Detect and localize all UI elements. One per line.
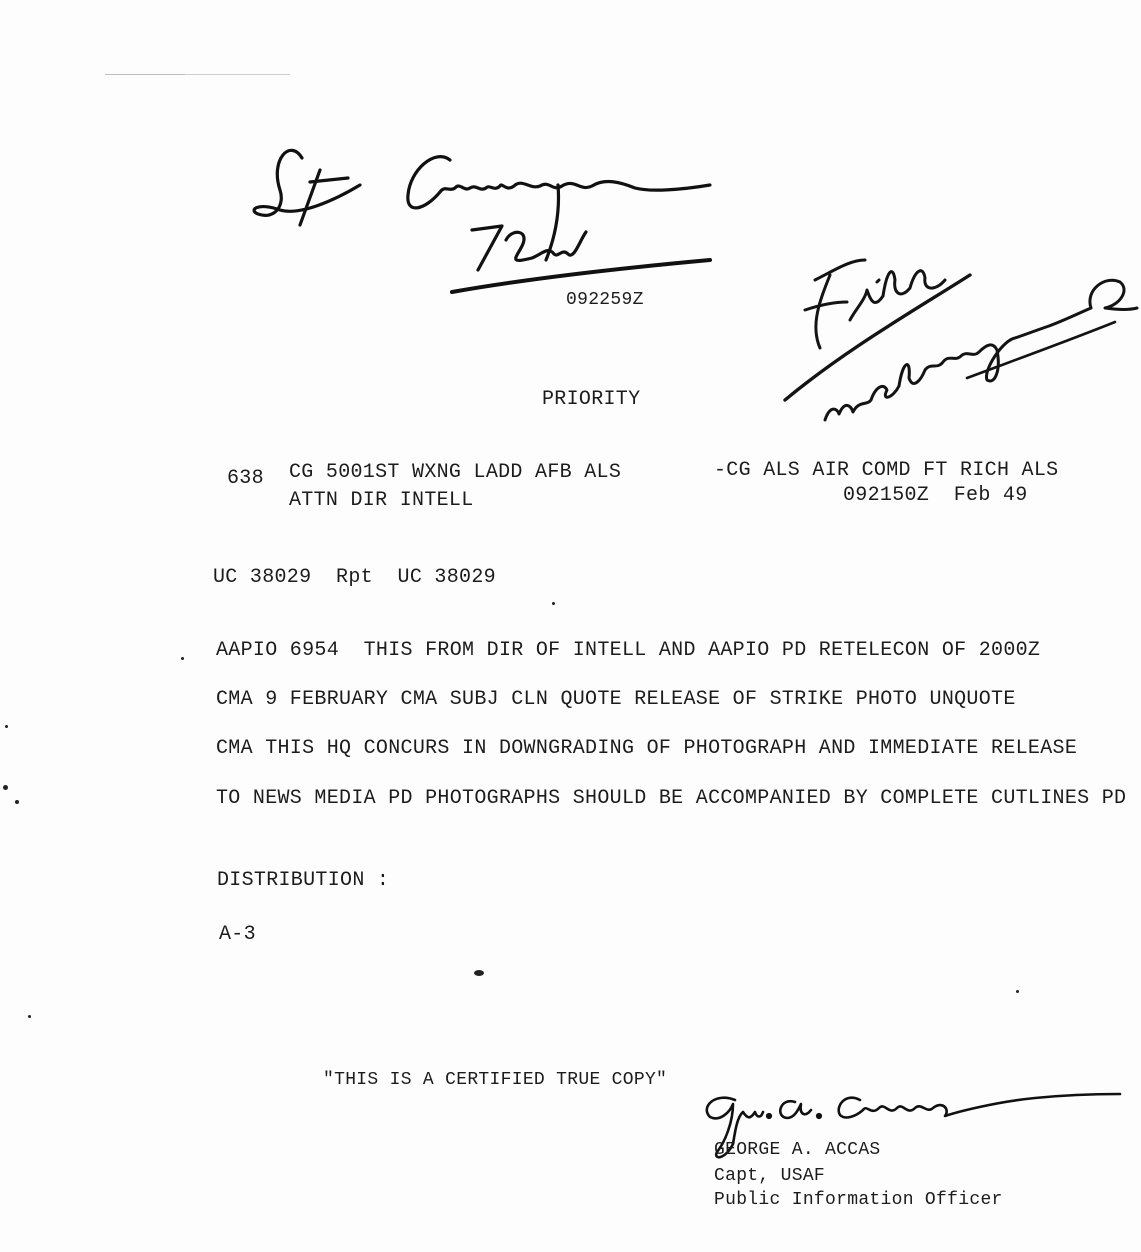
precedence-label: PRIORITY [542, 388, 640, 412]
to-line-2: ATTN DIR INTELL [289, 489, 474, 513]
scan-speck [474, 970, 484, 976]
scan-speck [15, 800, 19, 804]
reference-line: UC 38029 Rpt UC 38029 [213, 566, 496, 590]
scan-speck [1016, 990, 1019, 993]
from-line: -CG ALS AIR COMD FT RICH ALS [714, 459, 1058, 483]
body-line-1: AAPIO 6954 THIS FROM DIR OF INTELL AND A… [216, 639, 1040, 663]
signatory-title: Public Information Officer [714, 1188, 1003, 1212]
scan-speck [28, 1015, 31, 1018]
handwritten-top-note [240, 130, 730, 300]
to-line-1: CG 5001ST WXNG LADD AFB ALS [289, 461, 621, 485]
message-number: 638 [227, 467, 264, 491]
scan-speck [5, 725, 8, 728]
distribution-label: DISTRIBUTION : [217, 869, 389, 893]
scanned-document-page: 092259Z PRIORITY 638 CG 5001ST WXNG LADD… [0, 0, 1141, 1252]
dtg-top: 092259Z [566, 288, 644, 312]
scan-artifact-line [185, 74, 290, 75]
scan-speck [552, 602, 555, 605]
signatory-name: GEORGE A. ACCAS [714, 1138, 881, 1162]
scan-speck [3, 785, 8, 790]
body-line-4: TO NEWS MEDIA PD PHOTOGRAPHS SHOULD BE A… [216, 787, 1126, 811]
signatory-rank: Capt, USAF [714, 1164, 825, 1188]
body-line-2: CMA 9 FEBRUARY CMA SUBJ CLN QUOTE RELEAS… [216, 688, 1016, 712]
scan-speck [181, 657, 184, 660]
certification-statement: "THIS IS A CERTIFIED TRUE COPY" [323, 1068, 667, 1092]
distribution-value: A-3 [219, 923, 256, 947]
from-dtg: 092150Z Feb 49 [843, 484, 1028, 508]
body-line-3: CMA THIS HQ CONCURS IN DOWNGRADING OF PH… [216, 737, 1077, 761]
handwritten-side-note [775, 230, 1141, 430]
